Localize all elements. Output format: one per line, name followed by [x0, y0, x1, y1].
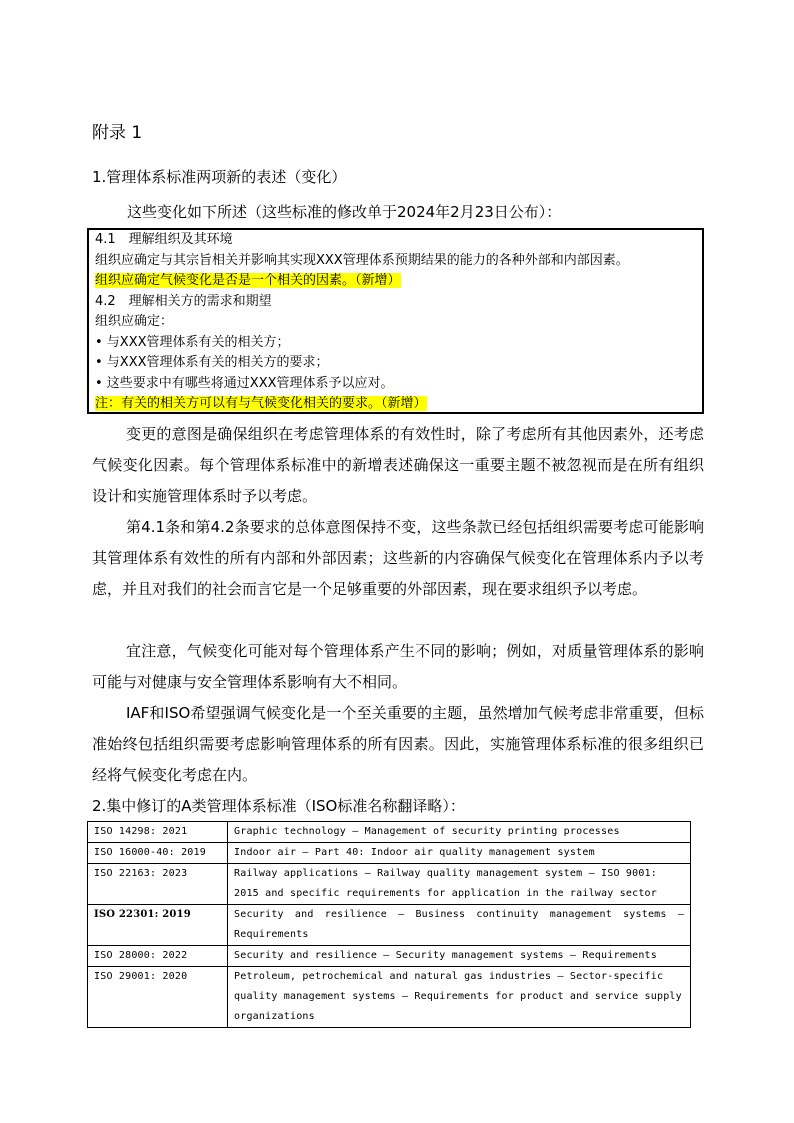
table-row: ISO 14298: 2021 Graphic technology — Man…: [88, 822, 691, 843]
standards-table: ISO 14298: 2021 Graphic technology — Man…: [87, 821, 691, 1028]
table-row: ISO 22301: 2019 Security and resilience …: [88, 905, 691, 946]
table-row: ISO 28000: 2022 Security and resilience …: [88, 946, 691, 967]
clause-bullet: • 与XXX管理体系有关的相关方；: [89, 333, 702, 354]
paragraph-intent: 变更的意图是确保组织在考虑管理体系的有效性时，除了考虑所有其他因素外，还考虑气候…: [92, 419, 704, 512]
section-1-intro: 这些变化如下所述（这些标准的修改单于2024年2月23日公布）：: [127, 201, 561, 223]
clause-text-box: 4.1 理解组织及其环境 组织应确定与其宗旨相关并影响其实现XXX管理体系预期结…: [87, 228, 704, 414]
clause-4-2-title: 4.2 理解相关方的需求和期望: [95, 294, 272, 309]
clause-line: 组织应确定与其宗旨相关并影响其实现XXX管理体系预期结果的能力的各种外部和内部因…: [89, 251, 702, 272]
standard-title: Graphic technology — Management of secur…: [228, 822, 691, 843]
highlighted-note-text: 注：有关的相关方可以有与气候变化相关的要求。（新增）: [95, 396, 427, 411]
section-1-heading: 1.管理体系标准两项新的表述（变化）: [92, 166, 346, 188]
clause-line: 注：有关的相关方可以有与气候变化相关的要求。（新增）: [89, 394, 702, 415]
clause-bullet: • 与XXX管理体系有关的相关方的要求；: [89, 353, 702, 374]
highlighted-new-text: 组织应确定气候变化是否是一个相关的因素。（新增）: [95, 273, 401, 288]
standard-code: ISO 14298: 2021: [88, 822, 228, 843]
clause-bullet: • 这些要求中有哪些将通过XXX管理体系予以应对。: [89, 374, 702, 395]
bullet-text: • 这些要求中有哪些将通过XXX管理体系予以应对。: [95, 376, 394, 391]
clause-line: 4.1 理解组织及其环境: [89, 230, 702, 251]
standard-code: ISO 22301: 2019: [88, 905, 228, 946]
standard-title: Security and resilience — Security manag…: [228, 946, 691, 967]
standard-code: ISO 16000-40: 2019: [88, 843, 228, 864]
table-row: ISO 22163: 2023 Railway applications — R…: [88, 864, 691, 905]
paragraph-note: 宜注意，气候变化可能对每个管理体系产生不同的影响；例如，对质量管理体系的影响可能…: [92, 636, 704, 698]
paragraph-iaf-iso: IAF和ISO希望强调气候变化是一个至关重要的主题，虽然增加气候考虑非常重要，但…: [92, 698, 704, 791]
standard-code: ISO 22163: 2023: [88, 864, 228, 905]
clause-4-1-title: 4.1 理解组织及其环境: [95, 232, 233, 247]
section-2-heading: 2.集中修订的A类管理体系标准（ISO标准名称翻译略）：: [92, 795, 465, 817]
appendix-title: 附录 1: [92, 121, 142, 145]
standard-title: Petroleum, petrochemical and natural gas…: [228, 967, 691, 1028]
standard-code: ISO 29001: 2020: [88, 967, 228, 1028]
bullet-text: • 与XXX管理体系有关的相关方的要求；: [95, 355, 329, 370]
clause-line: 组织应确定气候变化是否是一个相关的因素。（新增）: [89, 271, 702, 292]
standard-title: Railway applications — Railway quality m…: [228, 864, 691, 905]
paragraph-clauses: 第4.1条和第4.2条要求的总体意图保持不变，这些条款已经包括组织需要考虑可能影…: [92, 512, 704, 605]
standard-code: ISO 28000: 2022: [88, 946, 228, 967]
clause-line: 组织应确定：: [89, 312, 702, 333]
table-row: ISO 29001: 2020 Petroleum, petrochemical…: [88, 967, 691, 1028]
standard-title: Security and resilience — Business conti…: [228, 905, 691, 946]
clause-4-1-text: 组织应确定与其宗旨相关并影响其实现XXX管理体系预期结果的能力的各种外部和内部因…: [95, 253, 629, 268]
clause-4-2-text: 组织应确定：: [95, 314, 173, 329]
table-row: ISO 16000-40: 2019 Indoor air — Part 40:…: [88, 843, 691, 864]
bullet-text: • 与XXX管理体系有关的相关方；: [95, 335, 290, 350]
standard-title: Indoor air — Part 40: Indoor air quality…: [228, 843, 691, 864]
clause-line: 4.2 理解相关方的需求和期望: [89, 292, 702, 313]
